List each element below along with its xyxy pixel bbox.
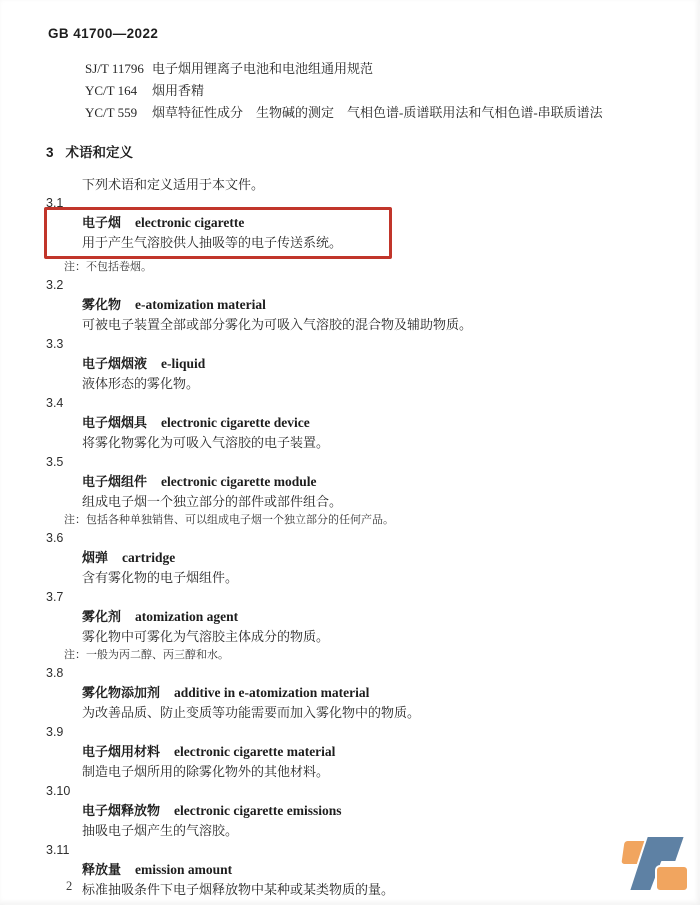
- term-definition: 标准抽吸条件下电子烟释放物中某种或某类物质的量。: [82, 880, 700, 900]
- reference-title: 电子烟用锂离子电池和电池组通用规范: [152, 61, 373, 76]
- term-en: additive in e-atomization material: [174, 685, 369, 700]
- section-number: 3: [46, 145, 54, 160]
- term-definition: 可被电子装置全部或部分雾化为可吸入气溶胶的混合物及辅助物质。: [82, 315, 700, 335]
- term-number: 3.4: [46, 394, 700, 413]
- term-definition: 液体形态的雾化物。: [82, 374, 700, 394]
- term-definition: 用于产生气溶胶供人抽吸等的电子传送系统。: [82, 233, 389, 253]
- term-en: electronic cigarette device: [161, 415, 310, 430]
- term-section-3-1: 3.1 电子烟electronic cigarette 用于产生气溶胶供人抽吸等…: [0, 194, 700, 276]
- term-name: 雾化物添加剂additive in e-atomization material: [82, 683, 700, 703]
- term-definition: 抽吸电子烟产生的气溶胶。: [82, 821, 700, 841]
- term-en: e-atomization material: [135, 297, 266, 312]
- term-zh: 电子烟释放物: [82, 803, 160, 818]
- term-name: 电子烟组件electronic cigarette module: [82, 472, 700, 492]
- logo-orange-bottom-right: [656, 866, 688, 891]
- term-number: 3.6: [46, 529, 700, 548]
- term-zh: 雾化物: [82, 297, 121, 312]
- reference-row: YC/T 559烟草特征性成分 生物碱的测定 气相色谱-质谱联用法和气相色谱-串…: [85, 102, 603, 124]
- term-zh: 释放量: [82, 862, 121, 877]
- term-name: 雾化物e-atomization material: [82, 295, 700, 315]
- term-name: 电子烟释放物electronic cigarette emissions: [82, 801, 700, 821]
- term-section-3-4: 3.4 电子烟烟具electronic cigarette device 将雾化…: [0, 394, 700, 453]
- standard-number: GB 41700—2022: [48, 26, 158, 41]
- term-definition: 组成电子烟一个独立部分的部件或部件组合。: [82, 492, 700, 512]
- term-definition: 将雾化物雾化为可吸入气溶胶的电子装置。: [82, 433, 700, 453]
- term-name: 电子烟electronic cigarette: [82, 213, 389, 233]
- term-en: electronic cigarette material: [174, 744, 335, 759]
- term-en: atomization agent: [135, 609, 238, 624]
- term-zh: 电子烟烟液: [82, 356, 147, 371]
- z-logo-icon: [616, 831, 690, 897]
- term-name: 雾化剂atomization agent: [82, 607, 700, 627]
- term-zh: 雾化剂: [82, 609, 121, 624]
- reference-code: SJ/T 11796: [85, 58, 152, 80]
- term-number: 3.9: [46, 723, 700, 742]
- term-section-3-7: 3.7 雾化剂atomization agent 雾化物中可雾化为气溶胶主体成分…: [0, 588, 700, 664]
- term-name: 电子烟烟具electronic cigarette device: [82, 413, 700, 433]
- term-section-3-11: 3.11 释放量emission amount 标准抽吸条件下电子烟释放物中某种…: [0, 841, 700, 900]
- term-number: 3.11: [46, 841, 700, 860]
- term-en: electronic cigarette module: [161, 474, 316, 489]
- term-zh: 电子烟用材料: [82, 744, 160, 759]
- term-section-3-6: 3.6 烟弹cartridge 含有雾化物的电子烟组件。: [0, 529, 700, 588]
- term-en: e-liquid: [161, 356, 205, 371]
- term-definition: 制造电子烟所用的除雾化物外的其他材料。: [82, 762, 700, 782]
- term-zh: 电子烟烟具: [82, 415, 147, 430]
- term-zh: 电子烟: [82, 215, 121, 230]
- terms-list: 3.1 电子烟electronic cigarette 用于产生气溶胶供人抽吸等…: [0, 194, 700, 900]
- term-zh: 雾化物添加剂: [82, 685, 160, 700]
- term-definition: 含有雾化物的电子烟组件。: [82, 568, 700, 588]
- term-en: electronic cigarette emissions: [174, 803, 341, 818]
- document-page: GB 41700—2022 SJ/T 11796电子烟用锂离子电池和电池组通用规…: [0, 0, 700, 905]
- term-note: 注：一般为丙二醇、丙三醇和水。: [64, 647, 700, 664]
- term-number: 3.10: [46, 782, 700, 801]
- term-zh: 电子烟组件: [82, 474, 147, 489]
- term-note: 注：包括各种单独销售、可以组成电子烟一个独立部分的任何产品。: [64, 512, 700, 529]
- term-name: 烟弹cartridge: [82, 548, 700, 568]
- term-section-3-8: 3.8 雾化物添加剂additive in e-atomization mate…: [0, 664, 700, 723]
- section-title: 术语和定义: [66, 145, 134, 160]
- term-en: emission amount: [135, 862, 232, 877]
- term-number: 3.5: [46, 453, 700, 472]
- term-definition: 为改善品质、防止变质等功能需要而加入雾化物中的物质。: [82, 703, 700, 723]
- term-name: 电子烟烟液e-liquid: [82, 354, 700, 374]
- section-intro: 下列术语和定义适用于本文件。: [82, 175, 264, 195]
- reference-code: YC/T 164: [85, 80, 152, 102]
- term-definition: 雾化物中可雾化为气溶胶主体成分的物质。: [82, 627, 700, 647]
- term-note: 注：不包括卷烟。: [64, 259, 700, 276]
- term-en: cartridge: [122, 550, 175, 565]
- term-number: 3.8: [46, 664, 700, 683]
- reference-title: 烟用香精: [152, 83, 204, 98]
- reference-row: YC/T 164烟用香精: [85, 80, 603, 102]
- term-section-3-3: 3.3 电子烟烟液e-liquid 液体形态的雾化物。: [0, 335, 700, 394]
- term-zh: 烟弹: [82, 550, 108, 565]
- term-section-3-10: 3.10 电子烟释放物electronic cigarette emission…: [0, 782, 700, 841]
- term-number: 3.2: [46, 276, 700, 295]
- reference-code: YC/T 559: [85, 102, 152, 124]
- term-section-3-5: 3.5 电子烟组件electronic cigarette module 组成电…: [0, 453, 700, 529]
- term-en: electronic cigarette: [135, 215, 244, 230]
- section-heading: 3术语和定义: [46, 141, 133, 161]
- term-section-3-2: 3.2 雾化物e-atomization material 可被电子装置全部或部…: [0, 276, 700, 335]
- term-section-3-9: 3.9 电子烟用材料electronic cigarette material …: [0, 723, 700, 782]
- term-number: 3.7: [46, 588, 700, 607]
- reference-row: SJ/T 11796电子烟用锂离子电池和电池组通用规范: [85, 58, 603, 80]
- page-number: 2: [66, 879, 72, 894]
- normative-references: SJ/T 11796电子烟用锂离子电池和电池组通用规范 YC/T 164烟用香精…: [85, 58, 603, 124]
- term-name: 电子烟用材料electronic cigarette material: [82, 742, 700, 762]
- reference-title: 烟草特征性成分 生物碱的测定 气相色谱-质谱联用法和气相色谱-串联质谱法: [152, 105, 603, 120]
- red-highlight-box: 电子烟electronic cigarette 用于产生气溶胶供人抽吸等的电子传…: [44, 207, 392, 259]
- term-name: 释放量emission amount: [82, 860, 700, 880]
- term-number: 3.3: [46, 335, 700, 354]
